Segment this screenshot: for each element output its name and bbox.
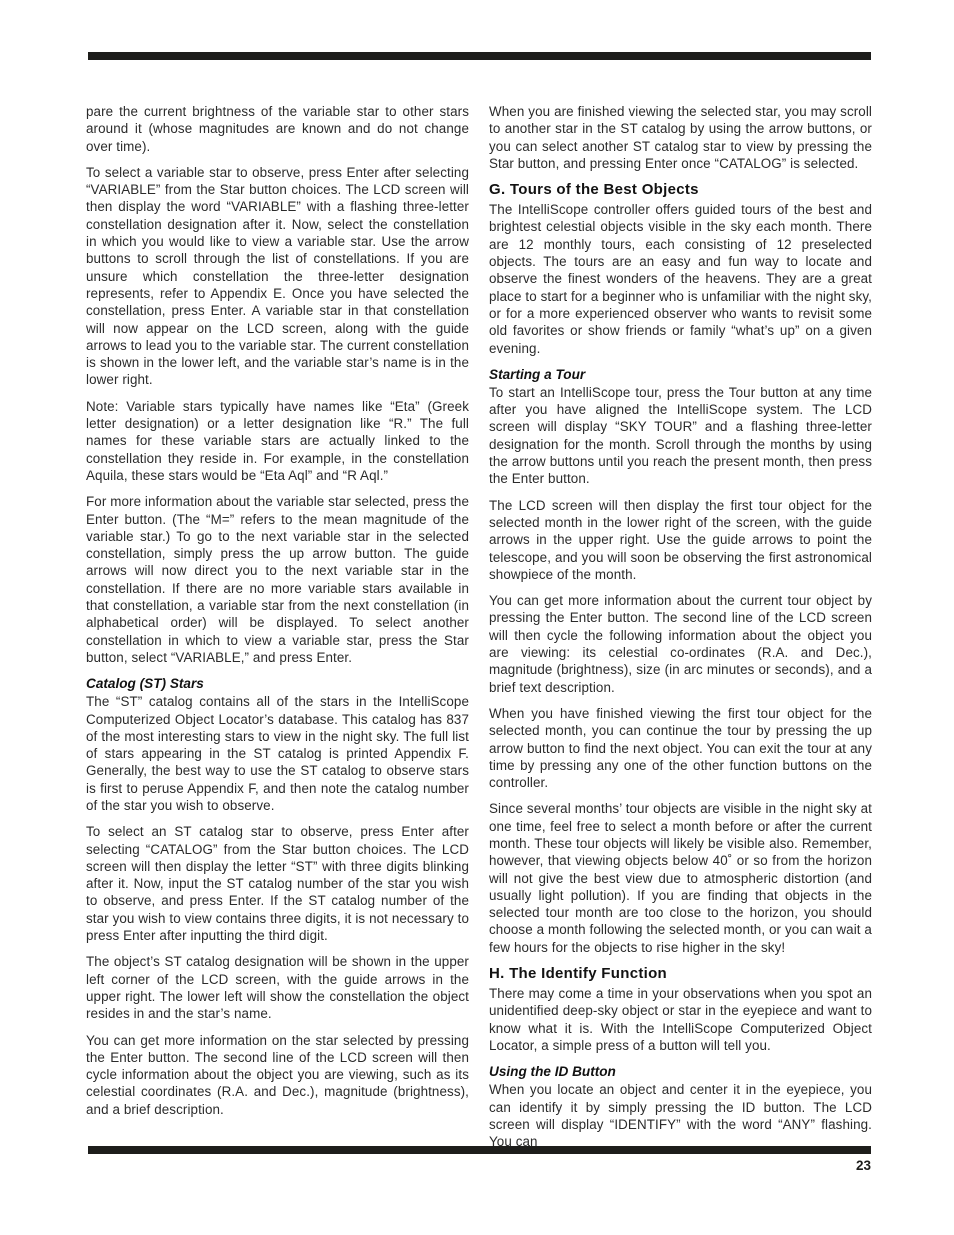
paragraph: The “ST” catalog contains all of the sta… xyxy=(86,693,469,814)
paragraph: pare the current brightness of the varia… xyxy=(86,103,469,155)
paragraph: The IntelliScope controller offers guide… xyxy=(489,201,872,357)
top-rule xyxy=(88,52,871,60)
paragraph: To start an IntelliScope tour, press the… xyxy=(489,384,872,488)
subsection-heading: Catalog (ST) Stars xyxy=(86,675,469,692)
right-column: When you are finished viewing the select… xyxy=(489,103,872,1159)
paragraph: When you are finished viewing the select… xyxy=(489,103,872,172)
paragraph: For more information about the variable … xyxy=(86,493,469,666)
paragraph: The LCD screen will then display the fir… xyxy=(489,497,872,583)
left-column: pare the current brightness of the varia… xyxy=(86,103,469,1159)
page-content: pare the current brightness of the varia… xyxy=(86,103,872,1159)
paragraph: When you locate an object and center it … xyxy=(489,1081,872,1150)
section-heading: H. The Identify Function xyxy=(489,965,872,983)
manual-page: pare the current brightness of the varia… xyxy=(0,0,954,1235)
paragraph: You can get more information on the star… xyxy=(86,1032,469,1118)
section-heading: G. Tours of the Best Objects xyxy=(489,181,872,199)
page-number: 23 xyxy=(856,1158,871,1173)
subsection-heading: Using the ID Button xyxy=(489,1063,872,1080)
paragraph: When you have finished viewing the first… xyxy=(489,705,872,791)
paragraph: You can get more information about the c… xyxy=(489,592,872,696)
paragraph: The object’s ST catalog designation will… xyxy=(86,953,469,1022)
subsection-heading: Starting a Tour xyxy=(489,366,872,383)
paragraph: Note: Variable stars typically have name… xyxy=(86,398,469,484)
bottom-rule xyxy=(88,1146,871,1154)
paragraph: There may come a time in your observatio… xyxy=(489,985,872,1054)
paragraph: To select a variable star to observe, pr… xyxy=(86,164,469,389)
paragraph: Since several months’ tour objects are v… xyxy=(489,800,872,956)
paragraph: To select an ST catalog star to observe,… xyxy=(86,823,469,944)
